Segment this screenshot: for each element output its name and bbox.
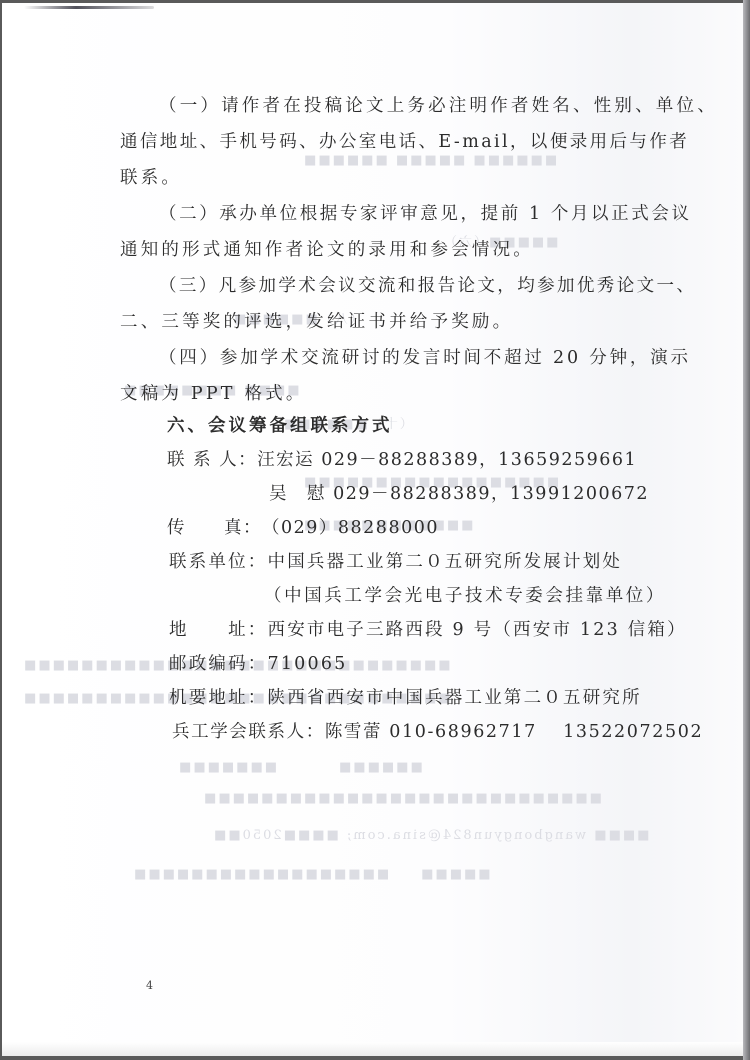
- unit-note: （中国兵工学会光电子技术专委会挂靠单位）: [264, 586, 666, 606]
- contact-person-1: 汪宏运 029－88288389，13659259661: [257, 450, 637, 470]
- postcode-value: 710065: [268, 654, 348, 674]
- contact-person-label: 联 系 人：: [167, 446, 257, 471]
- address-label: 地 址：: [169, 616, 268, 641]
- contact-person-row: 联 系 人：汪宏运 029－88288389，13659259661: [167, 446, 637, 471]
- paragraph-3-line-2: 二、三等奖的评选，发给证书并给予奖励。: [120, 308, 513, 333]
- document-page: ■■■■■■ ■■■■■ ■■■■■■ ■■■■■（六） （八）■■■■■■ ■…: [2, 3, 743, 1056]
- show-through-text: ■■■■■■ ■■■■■ ■■■■■■: [302, 153, 557, 168]
- scan-edge-shadow: [743, 0, 750, 1060]
- page-number: 4: [146, 979, 153, 992]
- address-value: 西安市电子三路西段 9 号（西安市 123 信箱）: [268, 620, 687, 640]
- fax-label: 传 真：: [167, 514, 262, 539]
- unit-value: 中国兵器工业第二０五研究所发展计划处: [268, 552, 623, 572]
- paragraph-1-line-3: 联系。: [120, 164, 182, 189]
- contact-person-2-row: 吴 慰 029－88288389，13991200672: [269, 480, 649, 505]
- contact-person-2: 吴 慰 029－88288389，13991200672: [269, 484, 649, 504]
- scan-edge-mark: [24, 6, 154, 9]
- show-through-text: ■■■■■ ■■■■■■■■■■■■■■■■■■: [132, 863, 491, 882]
- confidential-address-label: 机要地址：: [169, 684, 268, 709]
- show-through-text: ■■■■■■ ■■■■■■■: [177, 756, 423, 775]
- unit-row: 联系单位：中国兵器工业第二０五研究所发展计划处: [169, 548, 622, 573]
- paragraph-3-line-1: （三）凡参加学术会议交流和报告论文，均参加优秀论文一、: [159, 272, 696, 297]
- society-contact-value: 陈雪蕾 010-68962717 13522072502: [325, 722, 703, 742]
- fax-row: 传 真：（029）88288000: [167, 514, 439, 539]
- show-through-text: ■■■■ wangbongyun824@sina.com; ■■■■2050■■: [212, 828, 649, 843]
- confidential-address-value: 陕西省西安市中国兵器工业第二０五研究所: [268, 688, 642, 708]
- postcode-row: 邮政编码：710065: [169, 650, 348, 675]
- show-through-text: ■■■■■■■■■■■■■■■■■■■■■■■■■■■■: [202, 791, 602, 806]
- paragraph-2-line-1: （二）承办单位根据专家评审意见，提前 1 个月以正式会议: [159, 200, 692, 225]
- confidential-address-row: 机要地址：陕西省西安市中国兵器工业第二０五研究所: [169, 684, 642, 709]
- fax-value: （029）88288000: [262, 518, 439, 538]
- paragraph-1-line-2: 通信地址、手机号码、办公室电话、E-mail，以便录用后与作者: [120, 128, 689, 153]
- postcode-label: 邮政编码：: [169, 650, 268, 675]
- unit-note-row: （中国兵工学会光电子技术专委会挂靠单位）: [264, 582, 666, 607]
- paragraph-2-line-2: 通知的形式通知作者论文的录用和参会情况。: [120, 236, 534, 261]
- society-contact-label: 兵工学会联系人：: [172, 718, 325, 743]
- paragraph-4-line-1: （四）参加学术交流研讨的发言时间不超过 20 分钟，演示: [159, 344, 691, 369]
- section-heading: 六、会议筹备组联系方式: [167, 412, 393, 437]
- paragraph-4-line-2: 文稿为 PPT 格式。: [120, 380, 307, 405]
- paragraph-1-line-1: （一）请作者在投稿论文上务必注明作者姓名、性别、单位、: [159, 92, 718, 117]
- unit-label: 联系单位：: [169, 548, 268, 573]
- address-row: 地 址：西安市电子三路西段 9 号（西安市 123 信箱）: [169, 616, 687, 641]
- society-contact-row: 兵工学会联系人：陈雪蕾 010-68962717 13522072502: [172, 718, 703, 743]
